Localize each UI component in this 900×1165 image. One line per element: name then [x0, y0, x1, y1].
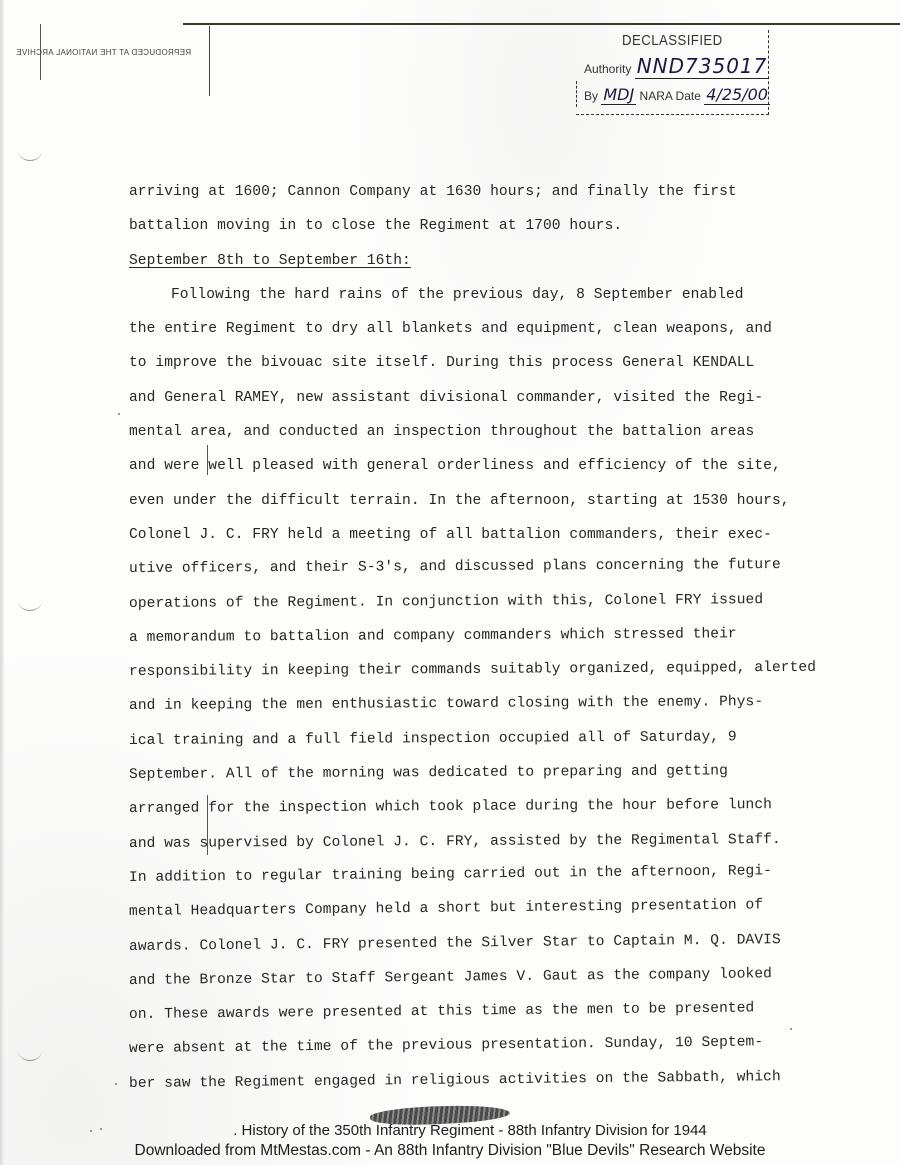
scan-speck	[118, 413, 120, 415]
text-line: September. All of the morning was dedica…	[129, 754, 809, 792]
text-line: utive officers, and their S-3's, and dis…	[129, 548, 809, 586]
archive-stamp: REPRODUCED AT THE NATIONAL ARCHIVE	[16, 48, 191, 57]
text-line: ical training and a full field inspectio…	[129, 720, 809, 758]
text-line: and in keeping the men enthusiastic towa…	[129, 685, 809, 723]
section-heading: September 8th to September 16th:	[129, 244, 809, 278]
declassified-title: DECLASSIFIED	[622, 32, 723, 49]
by-row: By MDJ NARA Date 4/25/00	[584, 85, 770, 105]
declassification-stamp: DECLASSIFIED Authority NND735017 By MDJ …	[576, 30, 769, 115]
text-line: mental area, and conducted an inspection…	[129, 415, 809, 449]
nara-date-value: 4/25/00	[704, 85, 770, 105]
by-label: By	[584, 89, 598, 103]
punch-hole-mark	[18, 140, 42, 161]
text-line: Following the hard rains of the previous…	[129, 278, 809, 312]
nara-date-label: NARA Date	[640, 89, 701, 103]
document-page: REPRODUCED AT THE NATIONAL ARCHIVE DECLA…	[0, 0, 900, 1165]
text-line: ber saw the Regiment engaged in religiou…	[129, 1060, 809, 1101]
footer-source: Downloaded from MtMestas.com - An 88th I…	[0, 1142, 900, 1160]
authority-value: NND735017	[635, 54, 770, 79]
scan-edge-shadow	[0, 0, 4, 1165]
text-line: the entire Regiment to dry all blankets …	[129, 312, 809, 346]
text-line: arranged for the inspection which took p…	[129, 788, 809, 826]
top-vertical-mark	[209, 26, 210, 96]
punch-hole-mark	[18, 590, 42, 611]
text-line: arriving at 1600; Cannon Company at 1630…	[129, 175, 809, 209]
authority-row: Authority NND735017	[584, 54, 769, 79]
text-line: battalion moving in to close the Regimen…	[129, 209, 809, 243]
text-line: operations of the Regiment. In conjuncti…	[129, 582, 809, 620]
punch-hole-mark	[18, 1040, 42, 1061]
text-line: to improve the bivouac site itself. Duri…	[129, 346, 809, 380]
text-line: even under the difficult terrain. In the…	[129, 484, 809, 518]
by-value: MDJ	[601, 85, 636, 105]
scan-speck	[115, 1083, 117, 1085]
text-line: responsibility in keeping their commands…	[129, 651, 809, 689]
authority-label: Authority	[584, 62, 631, 76]
top-rule	[183, 23, 900, 25]
text-line: and General RAMEY, new assistant divisio…	[129, 381, 809, 415]
text-line: Colonel J. C. FRY held a meeting of all …	[129, 518, 809, 552]
scan-speck	[790, 1028, 792, 1030]
document-body: arriving at 1600; Cannon Company at 1630…	[129, 175, 809, 1101]
footer-title: . History of the 350th Infantry Regiment…	[0, 1122, 900, 1139]
text-line: a memorandum to battalion and company co…	[129, 617, 809, 655]
text-line: and were well pleased with general order…	[129, 449, 809, 483]
